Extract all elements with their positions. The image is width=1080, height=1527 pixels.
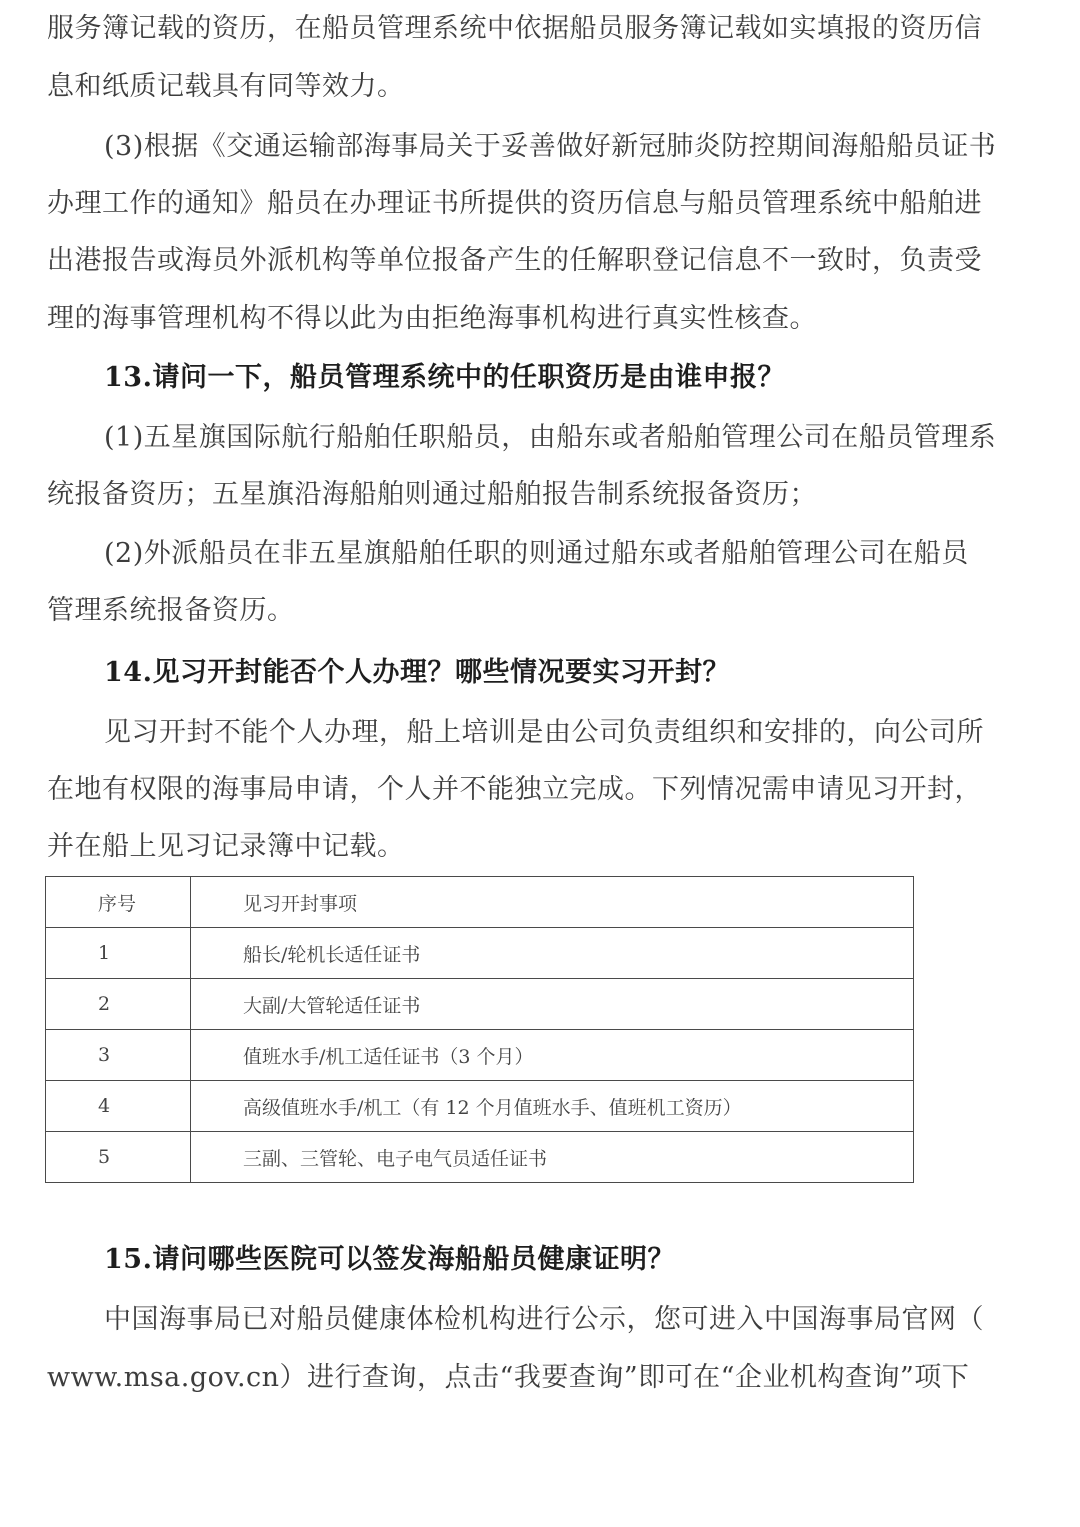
question-15-heading: 15.请问哪些医院可以签发海船船员健康证明？: [104, 1243, 675, 1277]
question-14-heading: 14.见习开封能否个人办理？哪些情况要实习开封？: [104, 656, 730, 690]
table-row: 4 高级值班水手/机工（有 12 个月值班水手、值班机工资历）: [46, 1081, 914, 1132]
internship-items-table: 序号 见习开封事项 1 船长/轮机长适任证书 2 大副/大管轮适任证书 3 值班…: [45, 876, 914, 1183]
table-cell-number: 1: [46, 928, 191, 979]
table-header-row: 序号 见习开封事项: [46, 877, 914, 928]
table-cell-item: 值班水手/机工适任证书（3 个月）: [191, 1030, 914, 1081]
paragraph-line: (3)根据《交通运输部海事局关于妥善做好新冠肺炎防控期间海船船员证书: [104, 130, 996, 164]
table-cell-number: 2: [46, 979, 191, 1030]
table-cell-item: 高级值班水手/机工（有 12 个月值班水手、值班机工资历）: [191, 1081, 914, 1132]
table-header-cell: 序号: [46, 877, 191, 928]
table-cell-number: 4: [46, 1081, 191, 1132]
paragraph-line: 管理系统报备资历。: [47, 594, 295, 628]
paragraph-line: www.msa.gov.cn）进行查询，点击“我要查询”即可在“企业机构查询”项…: [47, 1361, 969, 1395]
table-cell-item: 大副/大管轮适任证书: [191, 979, 914, 1030]
paragraph-line: 办理工作的通知》船员在办理证书所提供的资历信息与船员管理系统中船舶进: [47, 187, 982, 221]
paragraph-line: 统报备资历；五星旗沿海船舶则通过船舶报告制系统报备资历；: [47, 478, 817, 512]
question-13-heading: 13.请问一下，船员管理系统中的任职资历是由谁申报？: [104, 361, 785, 395]
paragraph-line: 服务簿记载的资历，在船员管理系统中依据船员服务簿记载如实填报的资历信: [47, 12, 982, 46]
table-row: 3 值班水手/机工适任证书（3 个月）: [46, 1030, 914, 1081]
table-cell-item: 三副、三管轮、电子电气员适任证书: [191, 1132, 914, 1183]
table-cell-number: 3: [46, 1030, 191, 1081]
paragraph-line: 在地有权限的海事局申请，个人并不能独立完成。下列情况需申请见习开封，: [47, 773, 982, 807]
paragraph-line: 理的海事管理机构不得以此为由拒绝海事机构进行真实性核查。: [47, 302, 817, 336]
table-cell-item: 船长/轮机长适任证书: [191, 928, 914, 979]
paragraph-line: 并在船上见习记录簿中记载。: [47, 830, 405, 864]
paragraph-line: 中国海事局已对船员健康体检机构进行公示，您可进入中国海事局官网（: [104, 1303, 984, 1337]
table-row: 5 三副、三管轮、电子电气员适任证书: [46, 1132, 914, 1183]
paragraph-line: (1)五星旗国际航行船舶任职船员，由船东或者船舶管理公司在船员管理系: [104, 421, 996, 455]
table-row: 2 大副/大管轮适任证书: [46, 979, 914, 1030]
table-header-cell: 见习开封事项: [191, 877, 914, 928]
table-row: 1 船长/轮机长适任证书: [46, 928, 914, 979]
paragraph-line: 见习开封不能个人办理，船上培训是由公司负责组织和安排的，向公司所: [104, 716, 984, 750]
table-cell-number: 5: [46, 1132, 191, 1183]
paragraph-line: 息和纸质记载具有同等效力。: [47, 70, 405, 104]
paragraph-line: 出港报告或海员外派机构等单位报备产生的任解职登记信息不一致时，负责受: [47, 244, 982, 278]
paragraph-line: (2)外派船员在非五星旗船舶任职的则通过船东或者船舶管理公司在船员: [104, 537, 969, 571]
